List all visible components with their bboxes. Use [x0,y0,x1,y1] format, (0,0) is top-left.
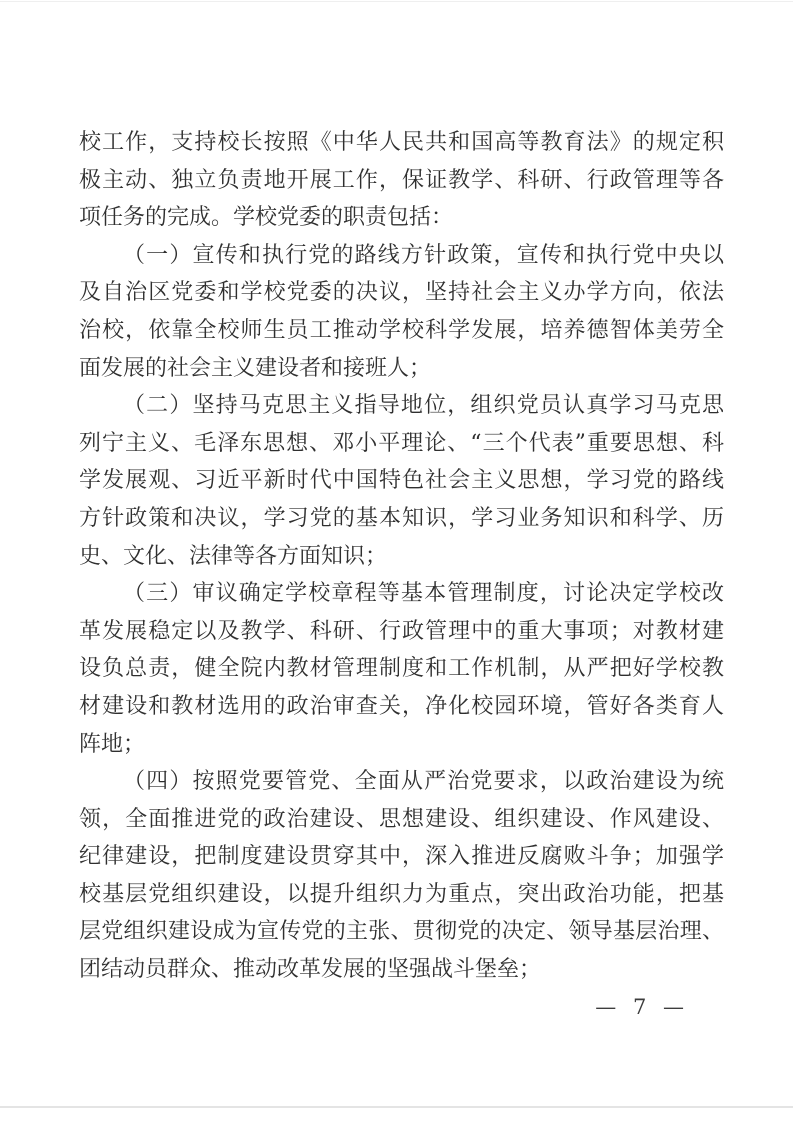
paragraph: （四）按照党要管党、全面从严治党要求，以政治建设为统领，全面推进党的政治建设、思… [79,763,724,989]
text-line: （一）宣传和执行党的路线方针政策，宣传和执行党中央以 [79,237,724,275]
text-line: 阵地； [79,726,724,764]
document-page: 校工作，支持校长按照《中华人民共和国高等教育法》的规定积极主动、独立负责地开展工… [0,0,793,1121]
text-line: 学发展观、习近平新时代中国特色社会主义思想，学习党的路线 [79,462,724,500]
text-line: 团结动员群众、推动改革发展的坚强战斗堡垒； [79,951,724,989]
text-line: 领，全面推进党的政治建设、思想建设、组织建设、作风建设、 [79,801,724,839]
text-line: 面发展的社会主义建设者和接班人； [79,350,724,388]
paragraph: （一）宣传和执行党的路线方针政策，宣传和执行党中央以及自治区党委和学校党委的决议… [79,237,724,387]
text-line: 史、文化、法律等各方面知识； [79,538,724,576]
text-line: 革发展稳定以及教学、科研、行政管理中的重大事项；对教材建 [79,613,724,651]
text-line: 治校，依靠全校师生员工推动学校科学发展，培养德智体美劳全 [79,312,724,350]
text-line: 列宁主义、毛泽东思想、邓小平理论、“三个代表”重要思想、科 [79,425,724,463]
text-line: 层党组织建设成为宣传党的主张、贯彻党的决定、领导基层治理、 [79,913,724,951]
text-line: 材建设和教材选用的政治审查关，净化校园环境，管好各类育人 [79,688,724,726]
text-line: 设负总责，健全院内教材管理制度和工作机制，从严把好学校教 [79,650,724,688]
page-number: — 7 — [595,995,689,1019]
paragraph: （二）坚持马克思主义指导地位，组织党员认真学习马克思列宁主义、毛泽东思想、邓小平… [79,387,724,575]
paragraph: （三）审议确定学校章程等基本管理制度，讨论决定学校改革发展稳定以及教学、科研、行… [79,575,724,763]
text-line: （四）按照党要管党、全面从严治党要求，以政治建设为统 [79,763,724,801]
scan-edge-line-bottom [0,1106,793,1108]
text-line: 极主动、独立负责地开展工作，保证教学、科研、行政管理等各 [79,162,724,200]
text-line: 方针政策和决议，学习党的基本知识，学习业务知识和科学、历 [79,500,724,538]
text-line: 及自治区党委和学校党委的决议，坚持社会主义办学方向，依法 [79,274,724,312]
text-line: 校工作，支持校长按照《中华人民共和国高等教育法》的规定积 [79,124,724,162]
text-line: 项任务的完成。学校党委的职责包括： [79,199,724,237]
paragraph: 校工作，支持校长按照《中华人民共和国高等教育法》的规定积极主动、独立负责地开展工… [79,124,724,237]
text-line: （三）审议确定学校章程等基本管理制度，讨论决定学校改 [79,575,724,613]
text-line: （二）坚持马克思主义指导地位，组织党员认真学习马克思 [79,387,724,425]
text-line: 纪律建设，把制度建设贯穿其中，深入推进反腐败斗争；加强学 [79,838,724,876]
text-line: 校基层党组织建设，以提升组织力为重点，突出政治功能，把基 [79,876,724,914]
scan-edge-line-top [0,1,793,2]
document-body: 校工作，支持校长按照《中华人民共和国高等教育法》的规定积极主动、独立负责地开展工… [79,124,724,989]
